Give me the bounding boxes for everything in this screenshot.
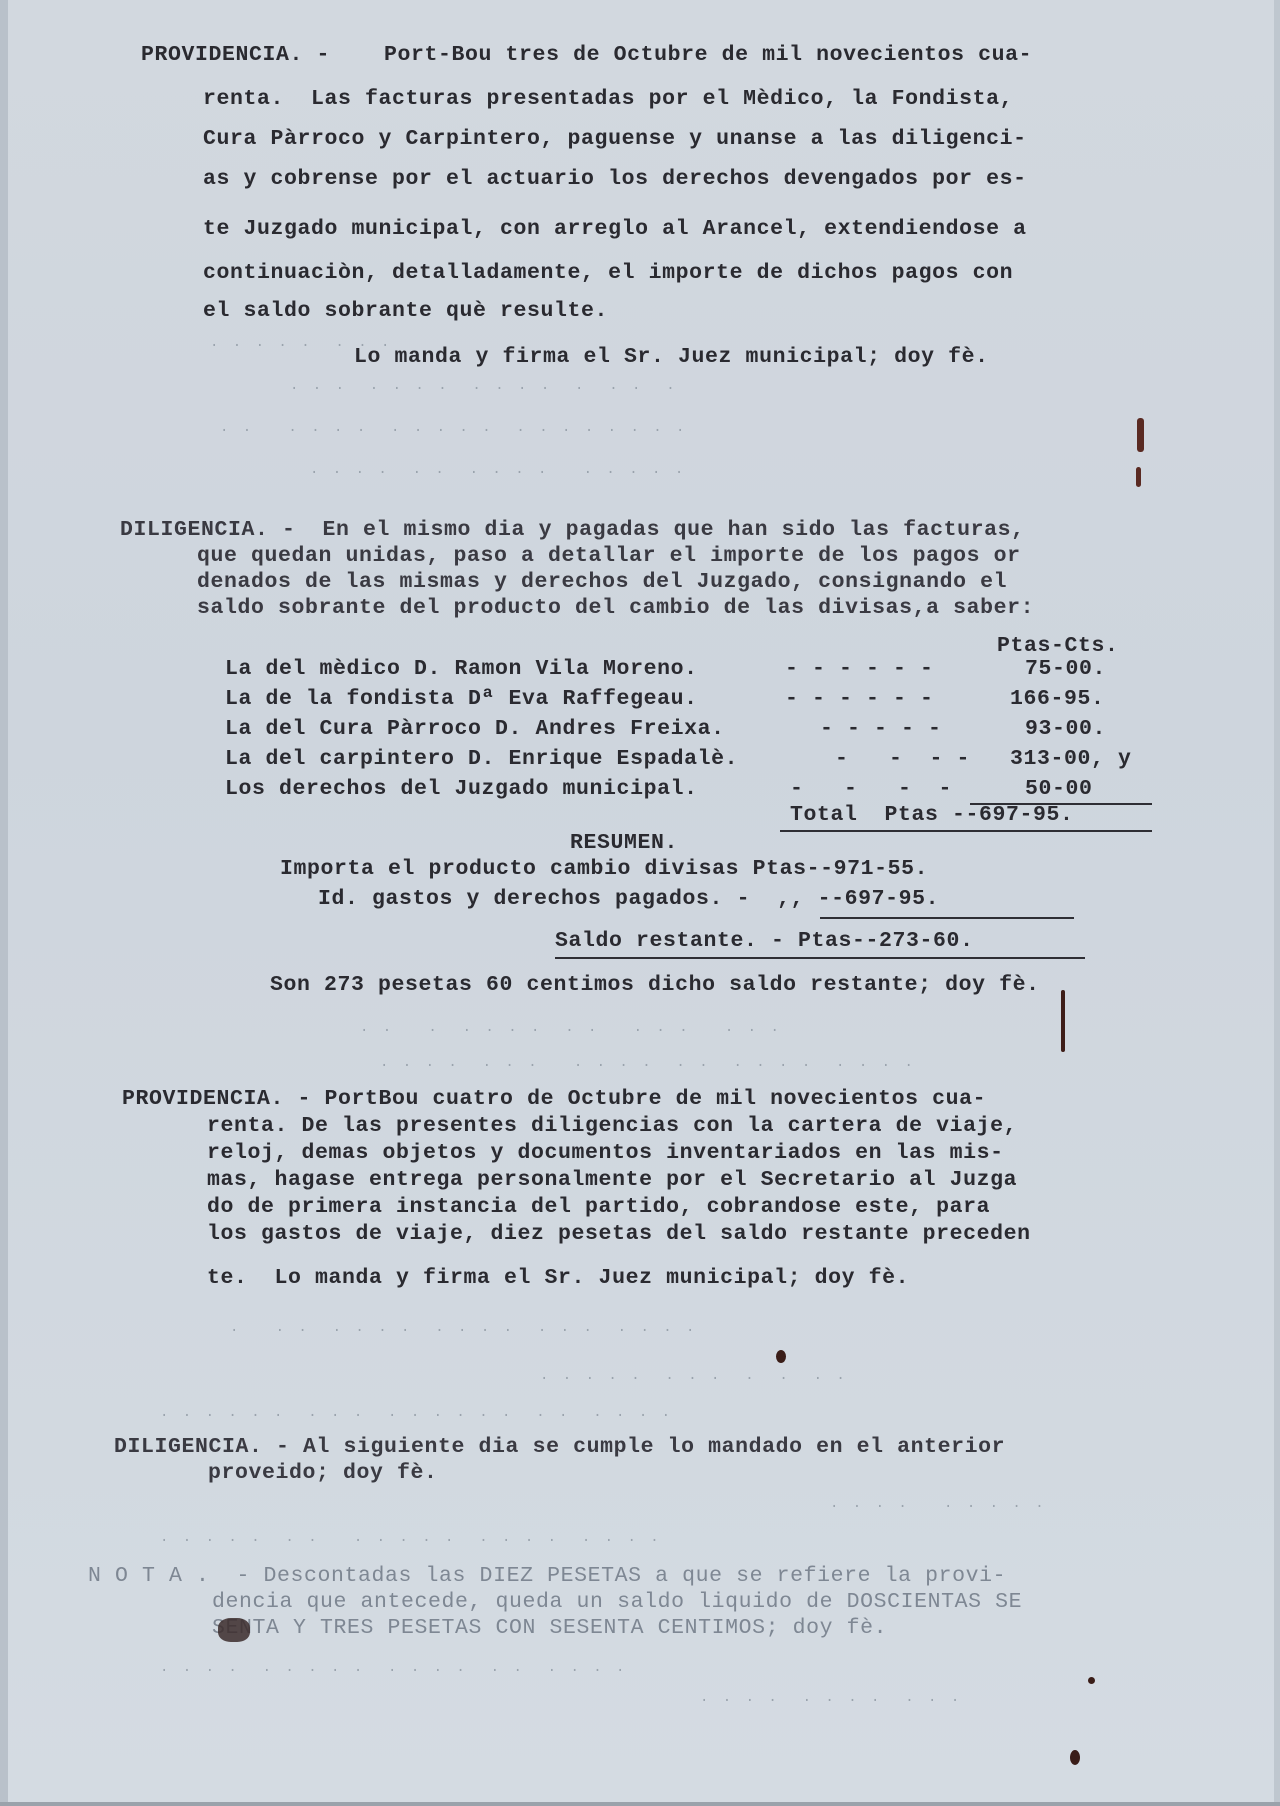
ink-dot: [1088, 1677, 1095, 1684]
page-edge-left: [0, 0, 8, 1806]
bleed-through-text: . . . . . . . . . . . . . . . . . . . . …: [160, 1405, 673, 1421]
providencia-line-7: el saldo sobrante què resulte.: [203, 298, 608, 324]
providencia-line-1: PROVIDENCIA. - Port-Bou tres de Octubre …: [141, 42, 1032, 68]
ink-mark: [1136, 467, 1141, 487]
diligencia-2-line-1: DILIGENCIA. - Al siguiente dia se cumple…: [114, 1434, 1005, 1460]
bleed-through-text: . . . . . . . . . . . .: [540, 1368, 848, 1384]
bleed-through-text: . . . . . . . . . . . . . . . . . . . .: [160, 1530, 662, 1546]
row-dashes: - - - - - -: [785, 686, 934, 712]
diligencia-2-line-2: proveido; doy fè.: [208, 1460, 438, 1486]
providencia-line-3: Cura Pàrroco y Carpintero, paguense y un…: [203, 126, 1027, 152]
nota-line-1: N O T A . - Descontadas las DIEZ PESETAS…: [88, 1563, 1006, 1589]
ink-dot: [776, 1350, 786, 1363]
row-dashes: - - - -: [790, 776, 952, 802]
nota-line-2: dencia que antecede, queda un saldo liqu…: [212, 1589, 1022, 1615]
scanned-page: PROVIDENCIA. - Port-Bou tres de Octubre …: [0, 0, 1280, 1806]
resumen-closing: Son 273 pesetas 60 centimos dicho saldo …: [270, 972, 1040, 998]
diligencia-line-4: saldo sobrante del producto del cambio d…: [197, 595, 1034, 621]
providencia-2-line-2: renta. De las presentes diligencias con …: [207, 1113, 1017, 1139]
page-edge-right: [1274, 0, 1280, 1806]
resumen-line-1: Importa el producto cambio divisas Ptas-…: [280, 856, 928, 882]
providencia-line-4: as y cobrense por el actuario los derech…: [203, 166, 1027, 192]
providencia-2-line-7: te. Lo manda y firma el Sr. Juez municip…: [207, 1265, 909, 1291]
saldo-restante: Saldo restante. - Ptas--273-60.: [555, 928, 974, 954]
diligencia-line-1: DILIGENCIA. - En el mismo dia y pagadas …: [120, 517, 1025, 543]
bleed-through-text: . . . . . . . . . . . . . . . . . . .: [160, 1660, 627, 1676]
ink-dot: [1070, 1750, 1080, 1765]
resumen-line-2: Id. gastos y derechos pagados. - ,, --69…: [318, 886, 939, 912]
providencia-signature-line: Lo manda y firma el Sr. Juez municipal; …: [354, 344, 989, 370]
table-total: Total Ptas --697-95.: [790, 802, 1074, 828]
row-dashes: - - - - -: [820, 716, 942, 742]
bleed-through-text: . . . . . . . . . . . . . . .: [310, 462, 686, 478]
nota-line-3: SENTA Y TRES PESETAS CON SESENTA CENTIMO…: [212, 1615, 887, 1641]
providencia-2-line-5: do de primera instancia del partido, cob…: [207, 1194, 990, 1220]
resumen-rule: [820, 917, 1074, 919]
page-edge-bottom: [0, 1802, 1280, 1806]
providencia-2-line-3: reloj, demas objetos y documentos invent…: [207, 1140, 1004, 1166]
resumen-title: RESUMEN.: [570, 830, 678, 856]
providencia-2-line-6: los gastos de viaje, diez pesetas del sa…: [207, 1221, 1031, 1247]
ink-blot: [218, 1618, 250, 1642]
bleed-through-text: . . . . . . . .: [210, 335, 392, 351]
row-amount: 93-00.: [1025, 716, 1106, 742]
row-dashes: - - - - - -: [785, 656, 934, 682]
row-amount: 313-00, y: [1010, 746, 1132, 772]
row-label: La de la fondista Dª Eva Raffegeau.: [225, 686, 698, 712]
bleed-through-text: . . . . . . . . .: [830, 1496, 1047, 1512]
row-amount: 166-95.: [1010, 686, 1105, 712]
total-underline: [780, 830, 1152, 832]
bleed-through-text: . . . . . . . . . . . . . . .: [290, 378, 678, 394]
providencia-line-6: continuaciòn, detalladamente, el importe…: [203, 260, 1013, 286]
providencia-line-2: renta. Las facturas presentadas por el M…: [203, 86, 1013, 112]
bleed-through-text: . . . . . . . . . . . . . . .: [360, 1020, 782, 1036]
bleed-through-text: . . . . . . . . . . . . . . . . . . .: [220, 420, 687, 436]
row-amount: 50-00: [1025, 776, 1093, 802]
row-label: La del carpintero D. Enrique Espadalè.: [225, 746, 738, 772]
row-label: La del Cura Pàrroco D. Andres Freixa.: [225, 716, 725, 742]
row-label: La del mèdico D. Ramon Vila Moreno.: [225, 656, 698, 682]
ink-stroke-mark: [1061, 990, 1065, 1052]
diligencia-line-3: denados de las mismas y derechos del Juz…: [197, 569, 1007, 595]
row-label: Los derechos del Juzgado municipal.: [225, 776, 698, 802]
bleed-through-text: . . . . . . . . . . .: [700, 1690, 962, 1706]
bleed-through-text: . . . . . . . . . . . . . . . . . .: [230, 1320, 697, 1336]
row-amount: 75-00.: [1025, 656, 1106, 682]
providencia-2-line-1: PROVIDENCIA. - PortBou cuatro de Octubre…: [122, 1086, 986, 1112]
bleed-through-text: . . . . . . . . . . . . . . . . . . . . …: [380, 1055, 916, 1071]
saldo-underline: [555, 957, 1085, 959]
diligencia-line-2: que quedan unidas, paso a detallar el im…: [197, 543, 1021, 569]
row-dashes: - - - -: [835, 746, 970, 772]
ink-mark: [1137, 418, 1144, 452]
providencia-2-line-4: mas, hagase entrega personalmente por el…: [207, 1167, 1017, 1193]
providencia-line-5: te Juzgado municipal, con arreglo al Ara…: [203, 216, 1027, 242]
